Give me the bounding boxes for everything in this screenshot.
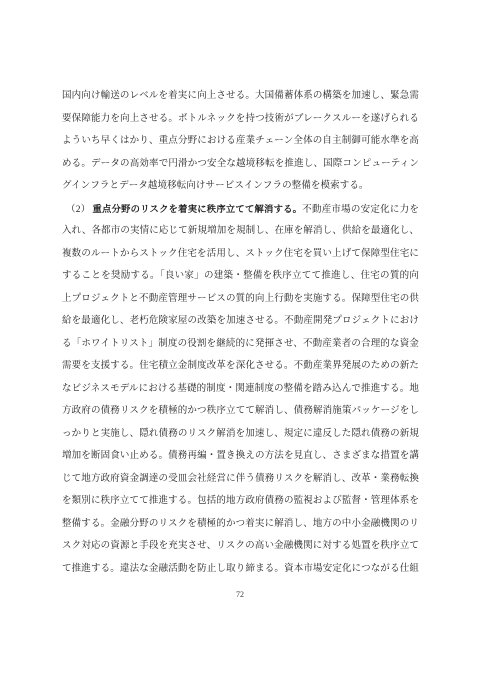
text-line: することを奨励する。「良い家」の建築・整備を秩序立てて推進し、住宅の質的向 [62, 265, 419, 288]
text-line: 増加を断固食い止める。債務再編・置き換えの方法を見直し、さまざまな措置を講 [62, 445, 419, 468]
section-2-first-line-rest: 不動産市場の安定化に力を [302, 205, 419, 215]
text-line: める。データの高効率で円滑かつ安全な越境移転を推進し、国際コンピューティン [62, 153, 419, 176]
text-line: 国内向け輸送のレベルを着実に向上させる。大国備蓄体系の構築を加速し、緊急需 [62, 85, 419, 108]
text-line: 複数のルートからストック住宅を活用し、ストック住宅を買い上げて保障型住宅に [62, 243, 419, 266]
page-number: 72 [0, 588, 480, 602]
text-line: 給を最適化し、老朽危険家屋の改築を加速させる。不動産開発プロジェクトにおけ [62, 310, 419, 333]
text-line: 整備する。金融分野のリスクを積極的かつ着実に解消し、地方の中小金融機関のリ [62, 513, 419, 536]
text-line: 需要を支援する。住宅積立金制度改革を深化させる。不動産業界発展のための新た [62, 355, 419, 378]
text-line: る「ホワイトリスト」制度の役割を継続的に発揮させ、不動産業者の合理的な資金 [62, 333, 419, 356]
section-2-first-line: （2）重点分野のリスクを着実に秩序立てて解消する。不動産市場の安定化に力を [62, 198, 419, 221]
section-2-marker: （2） [66, 205, 90, 215]
text-line: じて地方政府資金調達の受皿会社経営に伴う債務リスクを解消し、改革・業務転換 [62, 468, 419, 491]
text-line: グインフラとデータ越境移転向けサービスインフラの整備を模索する。 [62, 175, 419, 198]
text-line: 要保障能力を向上させる。ボトルネックを持つ技術がブレークスルーを遂げられる [62, 108, 419, 131]
text-line: なビジネスモデルにおける基礎的制度・関連制度の整備を踏み込んで推進する。地 [62, 378, 419, 401]
text-line: よういち早くはかり、重点分野における産業チェーン全体の自主制御可能水準を高 [62, 130, 419, 153]
text-line: を類別に秩序立てて推進する。包括的地方政府債務の監視および監督・管理体系を [62, 490, 419, 513]
body-text: 国内向け輸送のレベルを着実に向上させる。大国備蓄体系の構築を加速し、緊急需 要保… [62, 85, 419, 580]
text-line: 上プロジェクトと不動産管理サービスの質的向上行動を実施する。保障型住宅の供 [62, 288, 419, 311]
section-2-heading: 重点分野のリスクを着実に秩序立てて解消する。 [92, 204, 302, 214]
text-line: 入れ、各都市の実情に応じて新規増加を規制し、在庫を解消し、供給を最適化し、 [62, 220, 419, 243]
document-page: 国内向け輸送のレベルを着実に向上させる。大国備蓄体系の構築を加速し、緊急需 要保… [0, 0, 480, 679]
text-line: っかりと実施し、隠れ債務のリスク解消を加速し、規定に違反した隠れ債務の新規 [62, 423, 419, 446]
text-line: て推進する。違法な金融活動を防止し取り締まる。資本市場安定化につながる仕組 [62, 558, 419, 581]
text-line: スク対応の資源と手段を充実させ、リスクの高い金融機関に対する処置を秩序立て [62, 535, 419, 558]
text-line: 方政府の債務リスクを積極的かつ秩序立てて解消し、債務解消施策パッケージをし [62, 400, 419, 423]
